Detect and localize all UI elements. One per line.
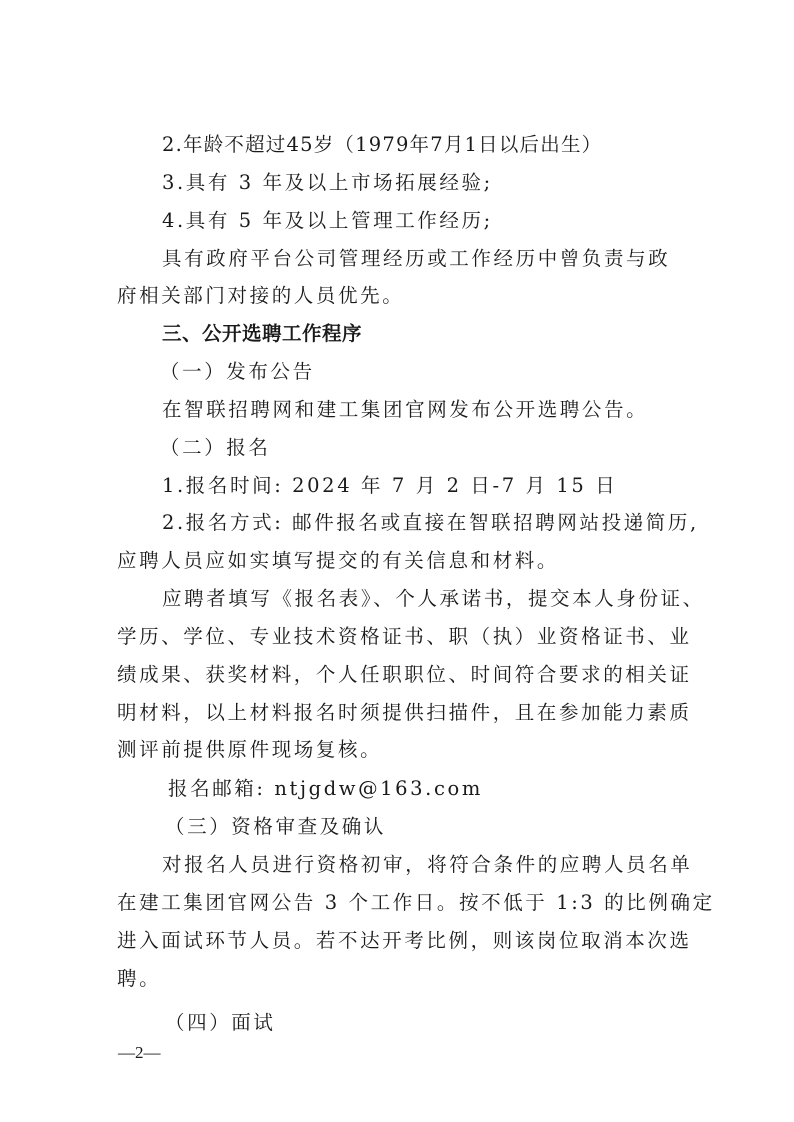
qualification-paragraph-line4: 聘。 xyxy=(117,967,161,991)
document-page: 2.年龄不超过45岁（1979年7月1日以后出生） 3.具有 3 年及以上市场拓… xyxy=(0,0,794,1122)
registration-email: 报名邮箱: ntjgdw@163.com xyxy=(168,777,483,801)
section-heading-procedure: 三、公开选聘工作程序 xyxy=(162,322,362,346)
qualification-paragraph-line3: 进入面试环节人员。若不达开考比例，则该岗位取消本次选 xyxy=(117,929,692,953)
registration-method-line2: 应聘人员应如实填写提交的有关信息和材料。 xyxy=(117,549,559,573)
materials-paragraph-line5: 测评前提供原件现场复核。 xyxy=(117,738,382,762)
preference-paragraph-line1: 具有政府平台公司管理经历或工作经历中曾负责与政 xyxy=(162,247,670,271)
requirement-management-experience: 4.具有 5 年及以上管理工作经历; xyxy=(162,209,493,233)
registration-method-line1: 2.报名方式: 邮件报名或直接在智联招聘网站投递简历, xyxy=(162,511,699,535)
materials-paragraph-line4: 明材料，以上材料报名时须提供扫描件，且在参加能力素质 xyxy=(117,701,692,725)
preference-paragraph-line2: 府相关部门对接的人员优先。 xyxy=(117,284,404,308)
subsection-heading-interview: （四）面试 xyxy=(165,1011,276,1035)
subsection-heading-announcement: （一）发布公告 xyxy=(160,360,315,384)
materials-paragraph-line2: 学历、学位、专业技术资格证书、职（执）业资格证书、业 xyxy=(117,625,692,649)
materials-paragraph-line3: 绩成果、获奖材料，个人任职职位、时间符合要求的相关证 xyxy=(117,663,692,687)
subsection-heading-qualification: （三）资格审查及确认 xyxy=(165,815,386,839)
requirement-market-experience: 3.具有 3 年及以上市场拓展经验; xyxy=(162,171,493,195)
registration-time: 1.报名时间: 2024 年 7 月 2 日-7 月 15 日 xyxy=(162,474,617,498)
subsection-heading-registration: （二）报名 xyxy=(160,436,271,460)
qualification-paragraph-line1: 对报名人员进行资格初审，将符合条件的应聘人员名单 xyxy=(162,853,692,877)
page-number: —2— xyxy=(118,1042,161,1064)
materials-paragraph-line1: 应聘者填写《报名表》、个人承诺书，提交本人身份证、 xyxy=(162,587,705,611)
requirement-age: 2.年龄不超过45岁（1979年7月1日以后出生） xyxy=(162,133,602,157)
announcement-paragraph: 在智联招聘网和建工集团官网发布公开选聘公告。 xyxy=(162,398,648,422)
qualification-paragraph-line2: 在建工集团官网公告 3 个工作日。按不低于 1:3 的比例确定 xyxy=(117,891,715,915)
